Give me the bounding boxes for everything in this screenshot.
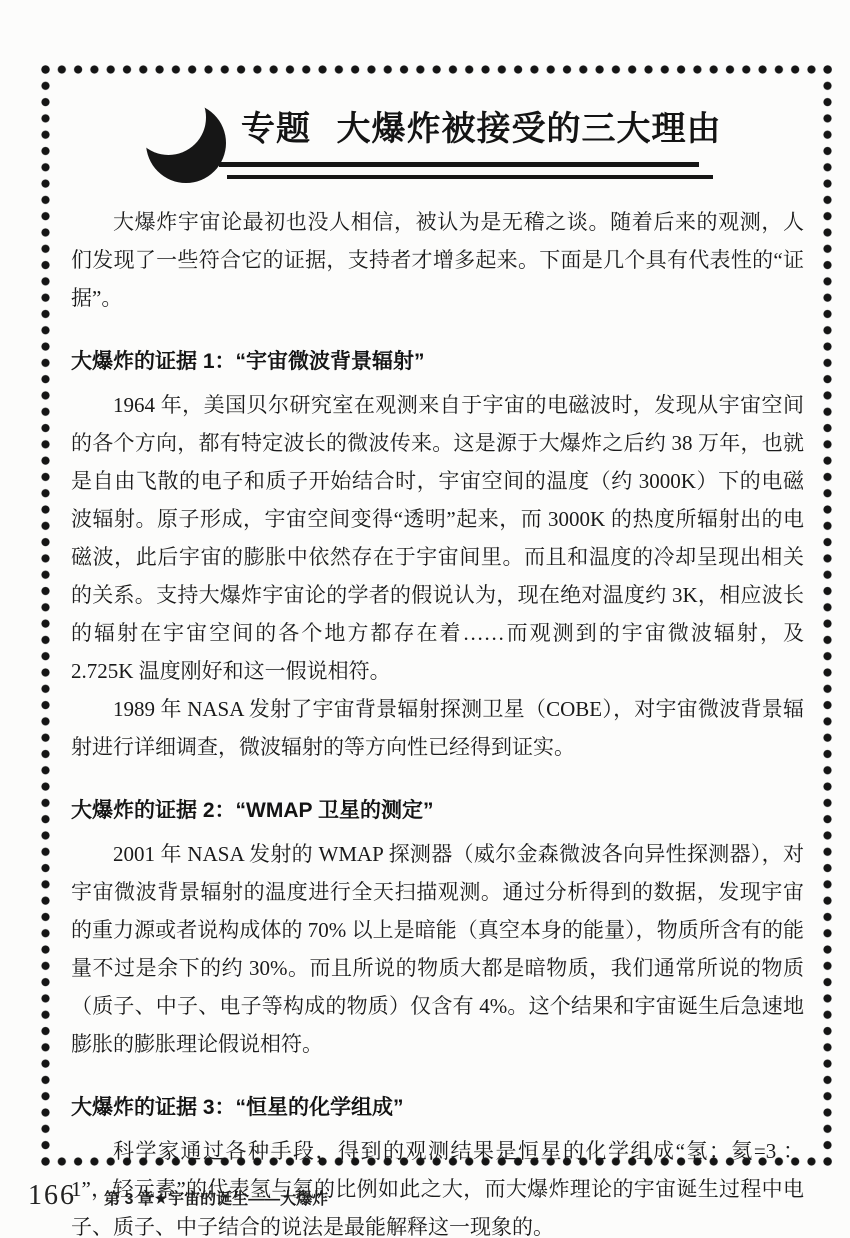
page-title: 专题大爆炸被接受的三大理由 (241, 101, 722, 150)
section-1-heading: 大爆炸的证据 1：“宇宙微波背景辐射” (71, 347, 804, 377)
page-footer: 166 第 3 章★宇宙的诞生——大爆炸 (28, 1180, 328, 1212)
intro-paragraph: 大爆炸宇宙论最初也没人相信，被认为是无稽之谈。随着后来的观测，人们发现了一些符合… (71, 203, 804, 317)
book-page: { "page": { "header": { "icon": "crescen… (0, 0, 850, 1238)
dotted-border-frame: 专题大爆炸被接受的三大理由 大爆炸宇宙论最初也没人相信，被认为是无稽之谈。随着后… (41, 65, 832, 1166)
section-evidence-2: 大爆炸的证据 2：“WMAP 卫星的测定” 2001 年 NASA 发射的 WM… (71, 796, 804, 1063)
title-rule-top (219, 162, 699, 167)
section-2-paragraph-1: 2001 年 NASA 发射的 WMAP 探测器（威尔金森微波各向异性探测器），… (71, 835, 804, 1063)
section-1-paragraph-2: 1989 年 NASA 发射了宇宙背景辐射探测卫星（COBE），对宇宙微波背景辐… (71, 690, 804, 766)
crescent-moon-icon (146, 100, 228, 184)
dotted-border-top (41, 65, 832, 74)
chapter-title: 第 3 章★宇宙的诞生——大爆炸 (104, 1186, 328, 1209)
section-evidence-1: 大爆炸的证据 1：“宇宙微波背景辐射” 1964 年，美国贝尔研究室在观测来自于… (71, 347, 804, 766)
section-3-heading: 大爆炸的证据 3：“恒星的化学组成” (71, 1093, 804, 1123)
section-2-heading: 大爆炸的证据 2：“WMAP 卫星的测定” (71, 796, 804, 826)
moon-bite (131, 80, 206, 155)
dotted-border-left (41, 65, 50, 1166)
topic-label: 专题 (241, 110, 311, 148)
dotted-border-right (823, 65, 832, 1166)
topic-title: 大爆炸被接受的三大理由 (337, 110, 722, 148)
section-1-paragraph-1: 1964 年，美国贝尔研究室在观测来自于宇宙的电磁波时，发现从宇宙空间的各个方向… (71, 386, 804, 690)
topic-header: 专题大爆炸被接受的三大理由 (71, 91, 804, 203)
section-evidence-3: 大爆炸的证据 3：“恒星的化学组成” 科学家通过各种手段，得到的观测结果是恒星的… (71, 1093, 804, 1238)
page-number: 166 (28, 1180, 76, 1212)
title-rule-bottom (227, 175, 713, 179)
page-content: 专题大爆炸被接受的三大理由 大爆炸宇宙论最初也没人相信，被认为是无稽之谈。随着后… (71, 75, 804, 1156)
